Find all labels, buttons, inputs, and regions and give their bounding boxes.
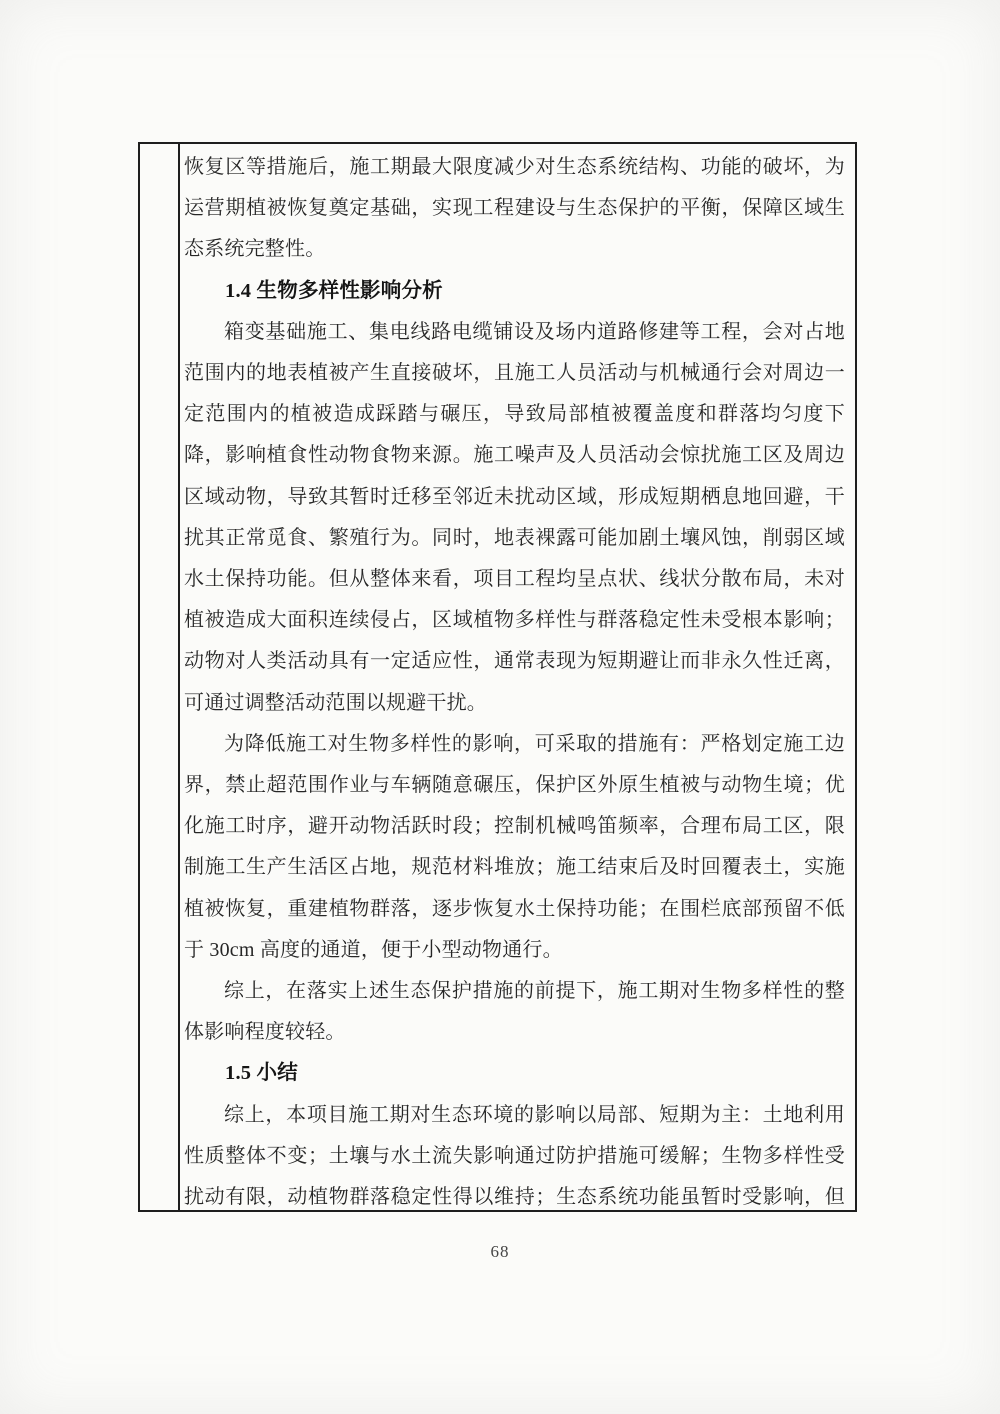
document-page: 恢复区等措施后，施工期最大限度减少对生态系统结构、功能的破坏，为运营期植被恢复奠… [0, 0, 1000, 1414]
paragraph-biodiversity-conclusion: 综上，在落实上述生态保护措施的前提下，施工期对生物多样性的整体影响程度较轻。 [184, 971, 845, 1053]
paragraph-ecosystem-continuation: 恢复区等措施后，施工期最大限度减少对生态系统结构、功能的破坏，为运营期植被恢复奠… [184, 147, 845, 271]
section-heading-1-5-summary: 1.5 小结 [184, 1053, 845, 1094]
table-content-cell: 恢复区等措施后，施工期最大限度减少对生态系统结构、功能的破坏，为运营期植被恢复奠… [180, 144, 855, 1210]
section-heading-1-4-biodiversity: 1.4 生物多样性影响分析 [184, 271, 845, 312]
paragraph-overall-summary: 综上，本项目施工期对生态环境的影响以局部、短期为主：土地利用性质整体不变；土壤与… [184, 1095, 845, 1210]
paragraph-biodiversity-impact: 箱变基础施工、集电线路电缆铺设及场内道路修建等工程，会对占地范围内的地表植被产生… [184, 312, 845, 724]
table-left-column [140, 144, 180, 1210]
page-number: 68 [0, 1242, 1000, 1262]
content-table: 恢复区等措施后，施工期最大限度减少对生态系统结构、功能的破坏，为运营期植被恢复奠… [138, 142, 857, 1212]
paragraph-mitigation-measures: 为降低施工对生物多样性的影响，可采取的措施有：严格划定施工边界，禁止超范围作业与… [184, 724, 845, 971]
